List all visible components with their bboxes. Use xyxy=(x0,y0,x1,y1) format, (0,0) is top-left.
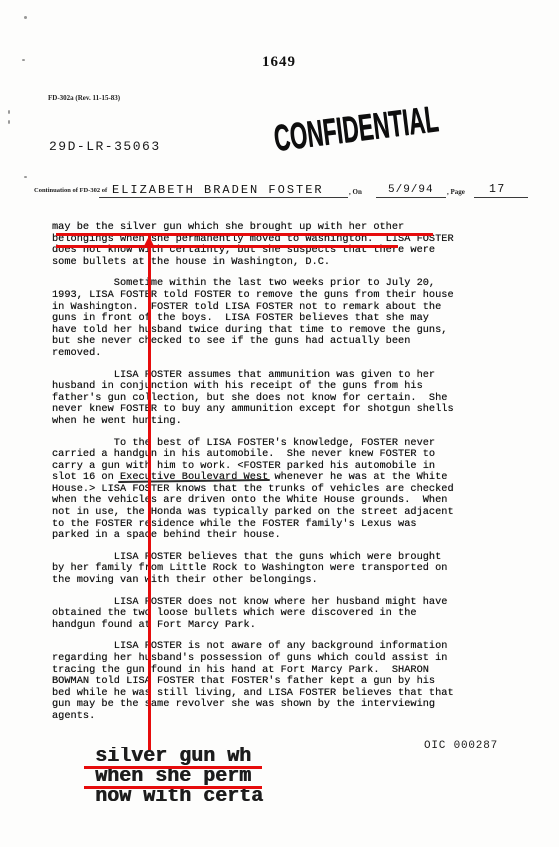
page-number-value: 17 xyxy=(489,183,506,196)
oic-document-number: OIC 000287 xyxy=(424,740,498,752)
red-underline-magnified-1 xyxy=(84,766,262,769)
paragraph-automobile: To the best of LISA FOSTER's knowledge, … xyxy=(52,438,454,542)
red-underline-magnified-2 xyxy=(84,786,262,789)
magnified-line-2: when she perm xyxy=(84,767,266,787)
red-underline-line1 xyxy=(56,233,433,236)
paragraph-loose-bullets: LISA FOSTER does not know where her husb… xyxy=(52,597,454,632)
date-field-underline xyxy=(376,197,446,198)
page-field-underline xyxy=(474,197,528,198)
report-body-text: may be the silver gun which she brought … xyxy=(52,222,454,733)
red-vertical-connector-line xyxy=(148,234,151,750)
magnified-line-1: silver gun wh xyxy=(84,747,266,767)
red-underline-line2 xyxy=(56,245,398,248)
scan-speck xyxy=(24,176,27,178)
subject-field-underline xyxy=(99,197,348,198)
scan-speck xyxy=(8,120,10,124)
magnified-line-3: now with certa xyxy=(84,787,266,801)
scan-speck xyxy=(22,59,25,61)
scanned-document-page: 1649 FD-302a (Rev. 11-15-83) 29D-LR-3506… xyxy=(0,0,559,847)
scan-speck xyxy=(24,16,27,19)
magnified-text-inset: silver gun wh when she perm now with cer… xyxy=(84,747,266,801)
paragraph-remove-guns: Sometime within the last two weeks prior… xyxy=(52,278,454,359)
page-label: , Page xyxy=(447,188,465,196)
case-file-number: 29D-LR-35063 xyxy=(49,139,161,154)
paragraph-ammunition: LISA FOSTER assumes that ammunition was … xyxy=(52,370,454,428)
red-arrow-up-icon xyxy=(143,236,155,248)
interview-date-value: 5/9/94 xyxy=(388,184,434,196)
on-label: , On xyxy=(349,188,362,196)
confidential-stamp: CONFIDENTIAL xyxy=(271,98,440,160)
subject-name-value: ELIZABETH BRADEN FOSTER xyxy=(112,183,324,197)
scan-speck xyxy=(8,110,10,114)
bates-stamp-number: 1649 xyxy=(262,54,296,71)
paragraph-moving-van: LISA FOSTER believes that the guns which… xyxy=(52,552,454,587)
form-code-label: FD-302a (Rev. 11-15-83) xyxy=(48,94,120,102)
continuation-label: Continuation of FD-302 of xyxy=(34,187,107,194)
paragraph-background-info: LISA FOSTER is not aware of any backgrou… xyxy=(52,641,454,722)
